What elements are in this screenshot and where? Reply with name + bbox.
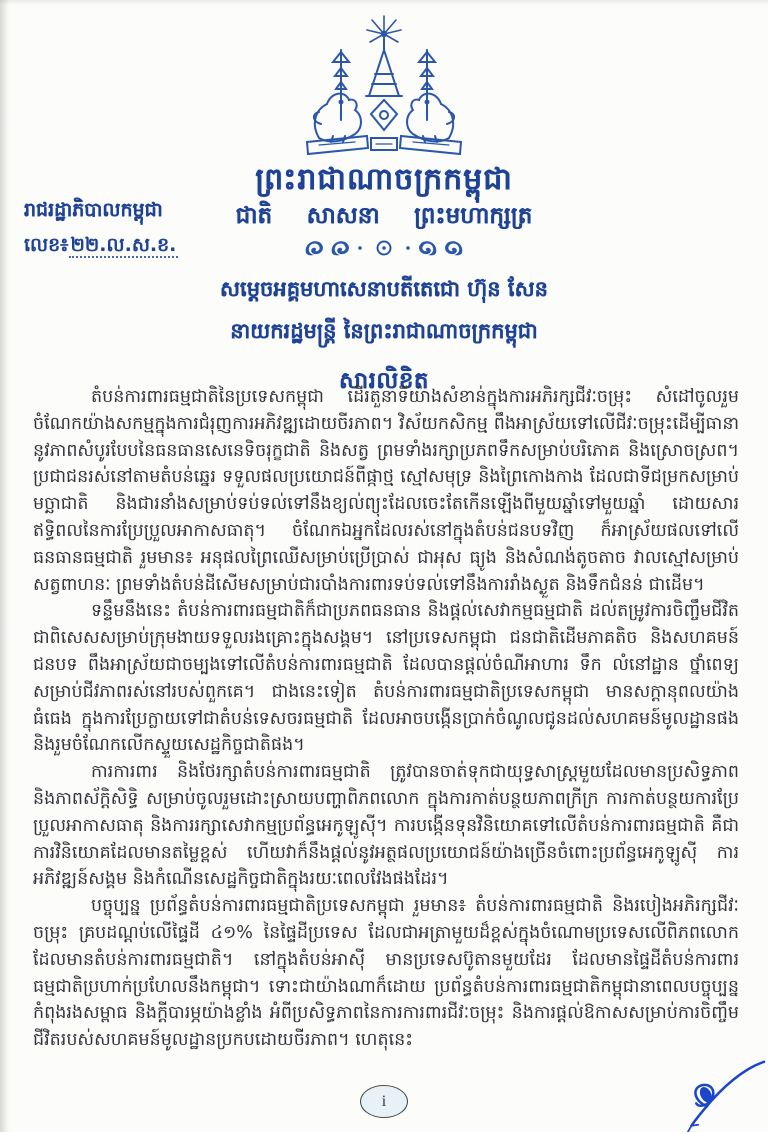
- body-paragraph: ទន្ទឹមនឹងនេះ តំបន់ការពារធម្មជាតិក៏ជាប្រភ…: [33, 598, 739, 759]
- royal-arms-of-cambodia-icon: [289, 12, 479, 162]
- page-number: i: [382, 1093, 386, 1111]
- khmer-scroll-ornament-icon: [304, 238, 464, 260]
- document-body: តំបន់ការពារធម្មជាតិនៃប្រទេសកម្ពុជា ដើរតួ…: [33, 384, 739, 1054]
- reference-label: លេខ៖: [24, 234, 69, 256]
- reference-number-line: លេខ៖២២.ល.ស.ខ.: [24, 233, 178, 261]
- scanned-document-page: ព្រះរាជាណាចក្រកម្ពុជា ជាតិ សាសនា ព្រះមហា…: [0, 0, 768, 1132]
- handwritten-ink-flourish-icon: [674, 1056, 766, 1132]
- page-number-badge: i: [360, 1085, 408, 1118]
- reference-number: ២២.ល.ស.ខ.: [69, 234, 179, 258]
- scan-edge-artifact: [0, 0, 768, 5]
- sender-name-line: សម្តេចអគ្គមហាសេនាបតីតេជោ ហ៊ុន សែន: [0, 276, 768, 307]
- body-paragraph: តំបន់ការពារធម្មជាតិនៃប្រទេសកម្ពុជា ដើរតួ…: [33, 384, 739, 598]
- government-name: រាជរដ្ឋាភិបាលកម្ពុជា: [24, 198, 178, 226]
- sender-title-line: នាយករដ្ឋមន្ត្រី នៃព្រះរាជាណាចក្រកម្ពុជា: [0, 318, 768, 349]
- body-paragraph: បច្ចុប្បន្ន ប្រព័ន្ធតំបន់ការពារធម្មជាតិប…: [33, 893, 739, 1054]
- body-paragraph: ការការពារ និងថែរក្សាតំបន់ការពារធម្មជាតិ …: [33, 759, 739, 893]
